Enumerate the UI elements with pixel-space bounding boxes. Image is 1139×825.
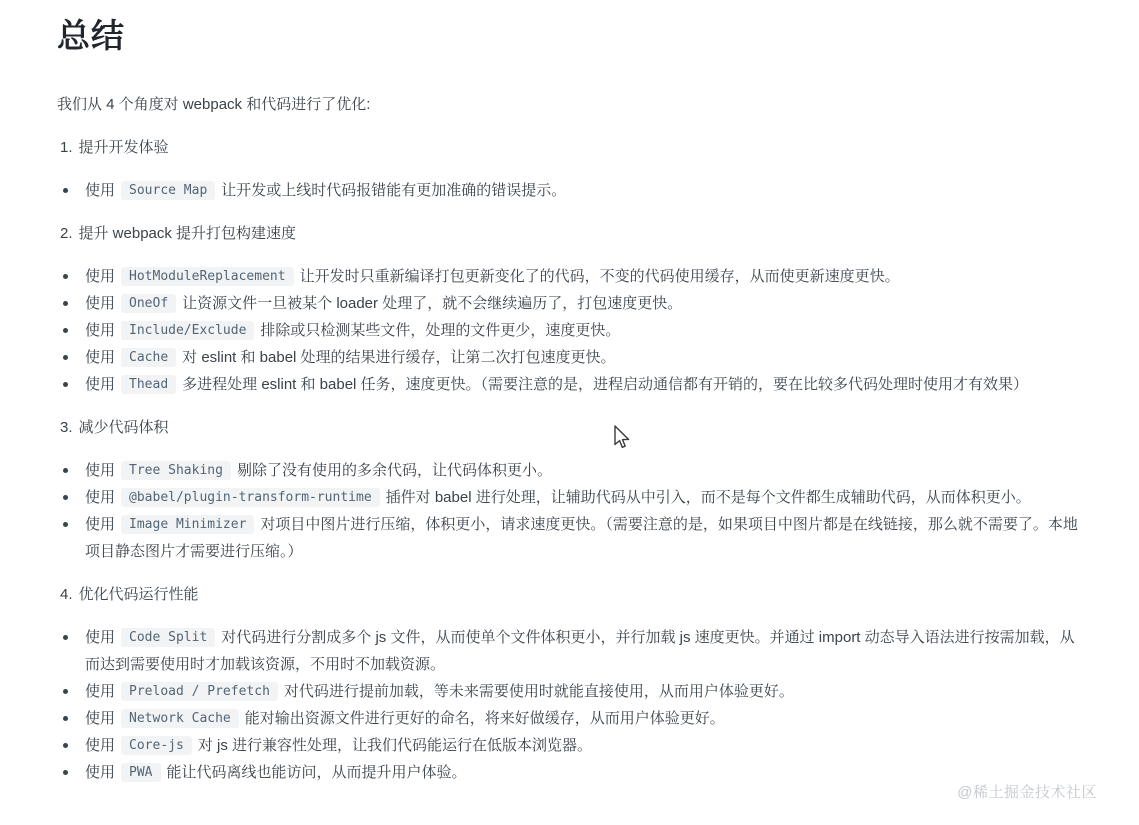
item-text: 对代码进行分割成多个 js 文件，从而使单个文件体积更小，并行加载 js 速度更… bbox=[85, 629, 1075, 673]
inline-code: Tree Shaking bbox=[121, 461, 231, 480]
list-item: 使用Tree Shaking剔除了没有使用的多余代码，让代码体积更小。 bbox=[85, 457, 1082, 484]
item-text: 让开发时只重新编译打包更新变化了的代码，不变的代码使用缓存，从而使更新速度更快。 bbox=[300, 268, 900, 285]
inline-code: PWA bbox=[121, 763, 160, 782]
item-text: 能对输出资源文件进行更好的命名，将来好做缓存，从而用户体验更好。 bbox=[245, 710, 725, 727]
inline-code: Core-js bbox=[121, 736, 192, 755]
inline-code: HotModuleReplacement bbox=[121, 267, 294, 286]
list-item: 使用Network Cache能对输出资源文件进行更好的命名，将来好做缓存，从而… bbox=[85, 705, 1082, 732]
list-item: 使用Include/Exclude排除或只检测某些文件，处理的文件更少，速度更快… bbox=[85, 317, 1082, 344]
article-section: 1.提升开发体验 使用Source Map让开发或上线时代码报错能有更加准确的错… bbox=[57, 134, 1082, 204]
bullet-list: 使用Source Map让开发或上线时代码报错能有更加准确的错误提示。 bbox=[57, 177, 1082, 204]
item-text: 对 js 进行兼容性处理，让我们代码能运行在低版本浏览器。 bbox=[198, 737, 592, 754]
section-title: 提升 webpack 提升打包构建速度 bbox=[79, 225, 297, 242]
item-prefix: 使用 bbox=[85, 516, 115, 533]
list-item: 使用Thead多进程处理 eslint 和 babel 任务，速度更快。（需要注… bbox=[85, 371, 1082, 398]
list-item: 使用Image Minimizer对项目中图片进行压缩，体积更小，请求速度更快。… bbox=[85, 511, 1082, 565]
item-prefix: 使用 bbox=[85, 737, 115, 754]
inline-code: Code Split bbox=[121, 628, 215, 647]
watermark: @稀土掘金技术社区 bbox=[957, 781, 1097, 802]
article-section: 2.提升 webpack 提升打包构建速度 使用HotModuleReplace… bbox=[57, 220, 1082, 398]
item-prefix: 使用 bbox=[85, 376, 115, 393]
item-prefix: 使用 bbox=[85, 182, 115, 199]
bullet-list: 使用HotModuleReplacement让开发时只重新编译打包更新变化了的代… bbox=[57, 263, 1082, 398]
item-text: 排除或只检测某些文件，处理的文件更少，速度更快。 bbox=[260, 322, 620, 339]
list-item: 使用OneOf让资源文件一旦被某个 loader 处理了，就不会继续遍历了，打包… bbox=[85, 290, 1082, 317]
item-prefix: 使用 bbox=[85, 629, 115, 646]
item-prefix: 使用 bbox=[85, 710, 115, 727]
inline-code: Preload / Prefetch bbox=[121, 682, 278, 701]
article-content: 总结 我们从 4 个角度对 webpack 和代码进行了优化: 1.提升开发体验… bbox=[57, 0, 1082, 786]
inline-code: Image Minimizer bbox=[121, 515, 254, 534]
inline-code: OneOf bbox=[121, 294, 176, 313]
section-heading: 1.提升开发体验 bbox=[57, 134, 1082, 161]
list-item: 使用Preload / Prefetch对代码进行提前加载，等未来需要使用时就能… bbox=[85, 678, 1082, 705]
list-item: 使用HotModuleReplacement让开发时只重新编译打包更新变化了的代… bbox=[85, 263, 1082, 290]
item-text: 让资源文件一旦被某个 loader 处理了，就不会继续遍历了，打包速度更快。 bbox=[182, 295, 682, 312]
list-item: 使用Core-js对 js 进行兼容性处理，让我们代码能运行在低版本浏览器。 bbox=[85, 732, 1082, 759]
intro-paragraph: 我们从 4 个角度对 webpack 和代码进行了优化: bbox=[57, 91, 1082, 118]
inline-code: Network Cache bbox=[121, 709, 239, 728]
item-prefix: 使用 bbox=[85, 268, 115, 285]
item-text: 插件对 babel 进行处理，让辅助代码从中引入，而不是每个文件都生成辅助代码，… bbox=[386, 489, 1031, 506]
item-text: 剔除了没有使用的多余代码，让代码体积更小。 bbox=[237, 462, 552, 479]
item-prefix: 使用 bbox=[85, 489, 115, 506]
list-item: 使用Cache对 eslint 和 babel 处理的结果进行缓存，让第二次打包… bbox=[85, 344, 1082, 371]
article-section: 4.优化代码运行性能 使用Code Split对代码进行分割成多个 js 文件，… bbox=[57, 581, 1082, 786]
section-heading: 4.优化代码运行性能 bbox=[57, 581, 1082, 608]
inline-code: Thead bbox=[121, 375, 176, 394]
item-text: 对代码进行提前加载，等未来需要使用时就能直接使用，从而用户体验更好。 bbox=[284, 683, 794, 700]
item-text: 多进程处理 eslint 和 babel 任务，速度更快。（需要注意的是，进程启… bbox=[182, 376, 1028, 393]
section-title: 提升开发体验 bbox=[79, 139, 169, 156]
item-text: 能让代码离线也能访问，从而提升用户体验。 bbox=[167, 764, 467, 781]
item-text: 对 eslint 和 babel 处理的结果进行缓存，让第二次打包速度更快。 bbox=[182, 349, 615, 366]
inline-code: Source Map bbox=[121, 181, 215, 200]
section-number: 4. bbox=[60, 586, 73, 603]
item-prefix: 使用 bbox=[85, 295, 115, 312]
item-prefix: 使用 bbox=[85, 322, 115, 339]
list-item: 使用Source Map让开发或上线时代码报错能有更加准确的错误提示。 bbox=[85, 177, 1082, 204]
bullet-list: 使用Code Split对代码进行分割成多个 js 文件，从而使单个文件体积更小… bbox=[57, 624, 1082, 786]
article-sections: 1.提升开发体验 使用Source Map让开发或上线时代码报错能有更加准确的错… bbox=[57, 134, 1082, 786]
list-item: 使用PWA能让代码离线也能访问，从而提升用户体验。 bbox=[85, 759, 1082, 786]
section-number: 3. bbox=[60, 419, 73, 436]
list-item: 使用@babel/plugin-transform-runtime插件对 bab… bbox=[85, 484, 1082, 511]
inline-code: @babel/plugin-transform-runtime bbox=[121, 488, 380, 507]
section-title: 优化代码运行性能 bbox=[79, 586, 199, 603]
section-heading: 2.提升 webpack 提升打包构建速度 bbox=[57, 220, 1082, 247]
section-heading: 3.减少代码体积 bbox=[57, 414, 1082, 441]
section-title: 减少代码体积 bbox=[79, 419, 169, 436]
item-prefix: 使用 bbox=[85, 349, 115, 366]
bullet-list: 使用Tree Shaking剔除了没有使用的多余代码，让代码体积更小。 使用@b… bbox=[57, 457, 1082, 565]
item-prefix: 使用 bbox=[85, 764, 115, 781]
item-text: 让开发或上线时代码报错能有更加准确的错误提示。 bbox=[221, 182, 566, 199]
article-section: 3.减少代码体积 使用Tree Shaking剔除了没有使用的多余代码，让代码体… bbox=[57, 414, 1082, 565]
inline-code: Cache bbox=[121, 348, 176, 367]
section-number: 2. bbox=[60, 225, 73, 242]
item-prefix: 使用 bbox=[85, 683, 115, 700]
list-item: 使用Code Split对代码进行分割成多个 js 文件，从而使单个文件体积更小… bbox=[85, 624, 1082, 678]
item-prefix: 使用 bbox=[85, 462, 115, 479]
section-number: 1. bbox=[60, 139, 73, 156]
page-title: 总结 bbox=[57, 14, 1082, 57]
inline-code: Include/Exclude bbox=[121, 321, 254, 340]
